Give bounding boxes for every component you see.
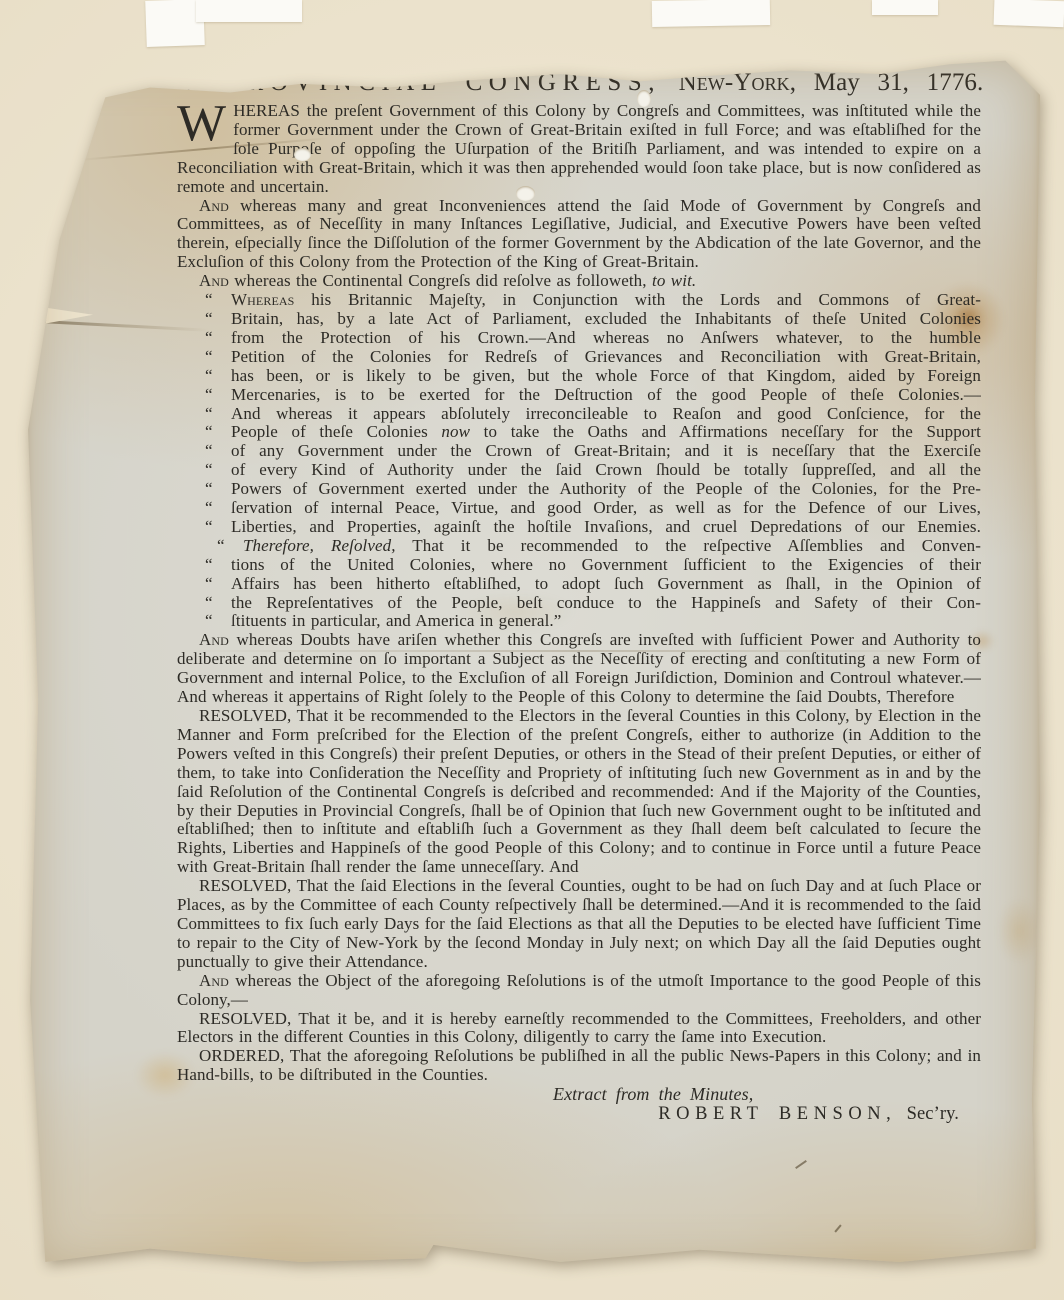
paragraph: And whereas many and great Inconvenience… [177, 197, 981, 273]
text-segment: Mercenaries, is to be exerted for the De… [231, 385, 981, 404]
quoted-line: “And whereas it appears abſolutely irrec… [205, 405, 981, 424]
text-segment: Liberties, and Properties, againſt the h… [231, 517, 981, 536]
text-segment: of any Government under the Crown of Gre… [231, 441, 981, 460]
quoted-line: “from the Protection of his Crown.—And w… [205, 329, 981, 348]
quoted-text: Mercenaries, is to be exerted for the De… [231, 386, 981, 405]
text-segment: HEREAS the preſent Government of this Co… [177, 101, 981, 196]
text-segment: That it be recommended to the reſpective… [396, 536, 981, 555]
text-segment: whereas Doubts have ariſen whether this … [177, 630, 981, 706]
text-segment: ORDERED, That the aforegoing Reſolutions… [177, 1046, 981, 1084]
quoted-text: Therefore, Reſolved, That it be recommen… [243, 537, 981, 556]
broadside-sheet: In PROVINCIAL CONGRESS, New-York, May 31… [25, 52, 1041, 1278]
text-segment: to take the Oaths and Affirmations neceſ… [470, 422, 981, 441]
quoted-text: ſtituents in particular, and America in … [231, 612, 981, 631]
quoted-text: Powers of Government exerted under the A… [231, 480, 981, 499]
text-segment: his Britannic Majeſty, in Conjunction wi… [294, 290, 981, 309]
quoted-line: “Mercenaries, is to be exerted for the D… [205, 386, 981, 405]
quoted-line: “the Repreſentatives of the People, beſt… [205, 594, 981, 613]
fold-line-vertical [25, 52, 27, 747]
text-segment: Petition of the Colonies for Redreſs of … [231, 347, 981, 366]
text-segment: May 31, 1776. [796, 69, 983, 96]
stain [997, 898, 1041, 964]
text-segment: And [199, 271, 229, 290]
quote-mark: “ [205, 556, 231, 575]
drop-cap: W [177, 102, 233, 143]
quote-mark: “ [205, 367, 231, 386]
paper-shadow-wrap: In PROVINCIAL CONGRESS, New-York, May 31… [0, 0, 1064, 1300]
quoted-line: “of any Government under the Crown of Gr… [205, 442, 981, 461]
matted-broadside-photo: In PROVINCIAL CONGRESS, New-York, May 31… [0, 0, 1064, 1300]
paragraph: RESOLVED, That it be, and it is hereby e… [177, 1010, 981, 1048]
quoted-line: “Powers of Government exerted under the … [205, 480, 981, 499]
quoted-text: tions of the United Colonies, where no G… [231, 556, 981, 575]
text-segment: tions of the United Colonies, where no G… [231, 555, 981, 574]
quote-mark: “ [205, 348, 231, 367]
text-segment: In [187, 69, 209, 96]
quote-mark: “ [205, 386, 231, 405]
closing-line: Extract from the Minutes, [553, 1085, 981, 1104]
quoted-line: “ſervation of internal Peace, Virtue, an… [205, 499, 981, 518]
text-segment: whereas the Object of the aforegoing Reſ… [177, 971, 981, 1009]
quoted-line: “Petition of the Colonies for Redreſs of… [205, 348, 981, 367]
document-text: In PROVINCIAL CONGRESS, New-York, May 31… [177, 68, 981, 1124]
text-segment: ROBERT BENSON, [658, 1104, 896, 1124]
quoted-line: “Liberties, and Properties, againſt the … [205, 518, 981, 537]
quote-mark: “ [205, 405, 231, 424]
text-segment: Britain, has, by a late Act of Parliamen… [231, 309, 981, 328]
quoted-line: “People of theſe Colonies now to take th… [205, 423, 981, 442]
text-segment: now [441, 422, 470, 441]
quoted-line: “has been, or is likely to be given, but… [205, 367, 981, 386]
quote-mark: “ [205, 518, 231, 537]
quote-mark: “ [205, 291, 231, 310]
text-segment: whereas the Continental Congreſs did reſ… [229, 271, 652, 290]
text-segment: And [199, 630, 229, 649]
text-segment: has been, or is likely to be given, but … [231, 366, 981, 385]
paragraph: ORDERED, That the aforegoing Reſolutions… [177, 1047, 981, 1085]
quoted-text: Affairs has been hitherto eſtabliſhed, t… [231, 575, 981, 594]
quoted-line: “tions of the United Colonies, where no … [205, 556, 981, 575]
text-segment: PROVINCIAL CONGRESS, [226, 69, 661, 96]
quote-mark: “ [205, 442, 231, 461]
document-title: In PROVINCIAL CONGRESS, New-York, May 31… [187, 68, 981, 98]
text-segment: RESOLVED, That the ſaid Elections in the… [177, 876, 981, 971]
quoted-line: “of every Kind of Authority under the ſa… [205, 461, 981, 480]
quote-mark: “ [205, 461, 231, 480]
quoted-line: “Whereas his Britannic Majeſty, in Conju… [205, 291, 981, 310]
text-segment: whereas many and great Inconveniences at… [177, 196, 981, 272]
text-segment: ſervation of internal Peace, Virtue, and… [231, 498, 981, 517]
text-segment: RESOLVED, That it be, and it is hereby e… [177, 1009, 981, 1047]
edge-tear-notch [21, 304, 93, 328]
quoted-text: of any Government under the Crown of Gre… [231, 442, 981, 461]
quote-mark: “ [205, 575, 231, 594]
quoted-text: the Repreſentatives of the People, beſt … [231, 594, 981, 613]
quoted-line: “ſtituents in particular, and America in… [205, 612, 981, 631]
paragraph: WHEREAS the preſent Government of this C… [177, 102, 981, 197]
text-segment: Whereas [231, 290, 294, 309]
quoted-text: ſervation of internal Peace, Virtue, and… [231, 499, 981, 518]
paragraph: And whereas the Continental Congreſs did… [177, 272, 981, 291]
text-segment: from the Protection of his Crown.—And wh… [231, 328, 981, 347]
quoted-text: Petition of the Colonies for Redreſs of … [231, 348, 981, 367]
text-segment: ſtituents in particular, and America in … [231, 611, 561, 630]
quoted-text: has been, or is likely to be given, but … [231, 367, 981, 386]
quote-mark: “ [205, 329, 231, 348]
ink-scratch [795, 1160, 807, 1169]
paragraph: And whereas the Object of the aforegoing… [177, 972, 981, 1010]
quote-mark: “ [205, 423, 231, 442]
paragraph: RESOLVED, That the ſaid Elections in the… [177, 877, 981, 972]
quoted-text: from the Protection of his Crown.—And wh… [231, 329, 981, 348]
text-segment: the Repreſentatives of the People, beſt … [231, 593, 981, 612]
text-segment: Therefore, Reſolved, [243, 536, 396, 555]
quote-mark: “ [205, 612, 231, 631]
text-segment: of every Kind of Authority under the ſai… [231, 460, 981, 479]
text-segment: RESOLVED, That it be recommended to the … [177, 706, 981, 876]
quoted-text: People of theſe Colonies now to take the… [231, 423, 981, 442]
text-segment: Powers of Government exerted under the A… [231, 479, 981, 498]
text-segment: Sec’ry. [896, 1104, 959, 1124]
text-segment: Extract from the Minutes, [553, 1084, 753, 1104]
quote-mark: “ [205, 499, 231, 518]
text-segment: New-York, [679, 69, 797, 96]
ink-scratch [834, 1224, 841, 1232]
text-segment: And [199, 971, 229, 990]
quoted-text: Liberties, and Properties, againſt the h… [231, 518, 981, 537]
quote-mark: “ [205, 537, 243, 556]
text-segment: Affairs has been hitherto eſtabliſhed, t… [231, 574, 981, 593]
quoted-text: of every Kind of Authority under the ſai… [231, 461, 981, 480]
quote-mark: “ [205, 310, 231, 329]
quote-mark: “ [205, 480, 231, 499]
quoted-line: “Therefore, Reſolved, That it be recomme… [205, 537, 981, 556]
quoted-text: Whereas his Britannic Majeſty, in Conjun… [231, 291, 981, 310]
paragraph: RESOLVED, That it be recommended to the … [177, 707, 981, 877]
signature-line: ROBERT BENSON, Sec’ry. [177, 1105, 981, 1124]
paragraph: And whereas Doubts have ariſen whether t… [177, 631, 981, 707]
text-segment [661, 69, 679, 96]
quoted-text: Britain, has, by a late Act of Parliamen… [231, 310, 981, 329]
text-segment: And [199, 196, 229, 215]
text-segment [209, 69, 227, 96]
quoted-line: “Britain, has, by a late Act of Parliame… [205, 310, 981, 329]
text-segment: People of theſe Colonies [231, 422, 441, 441]
quoted-line: “Affairs has been hitherto eſtabliſhed, … [205, 575, 981, 594]
quoted-text: And whereas it appears abſolutely irreco… [231, 405, 981, 424]
quote-mark: “ [205, 594, 231, 613]
text-segment: to wit. [652, 271, 696, 290]
text-segment: And whereas it appears abſolutely irreco… [231, 404, 981, 423]
